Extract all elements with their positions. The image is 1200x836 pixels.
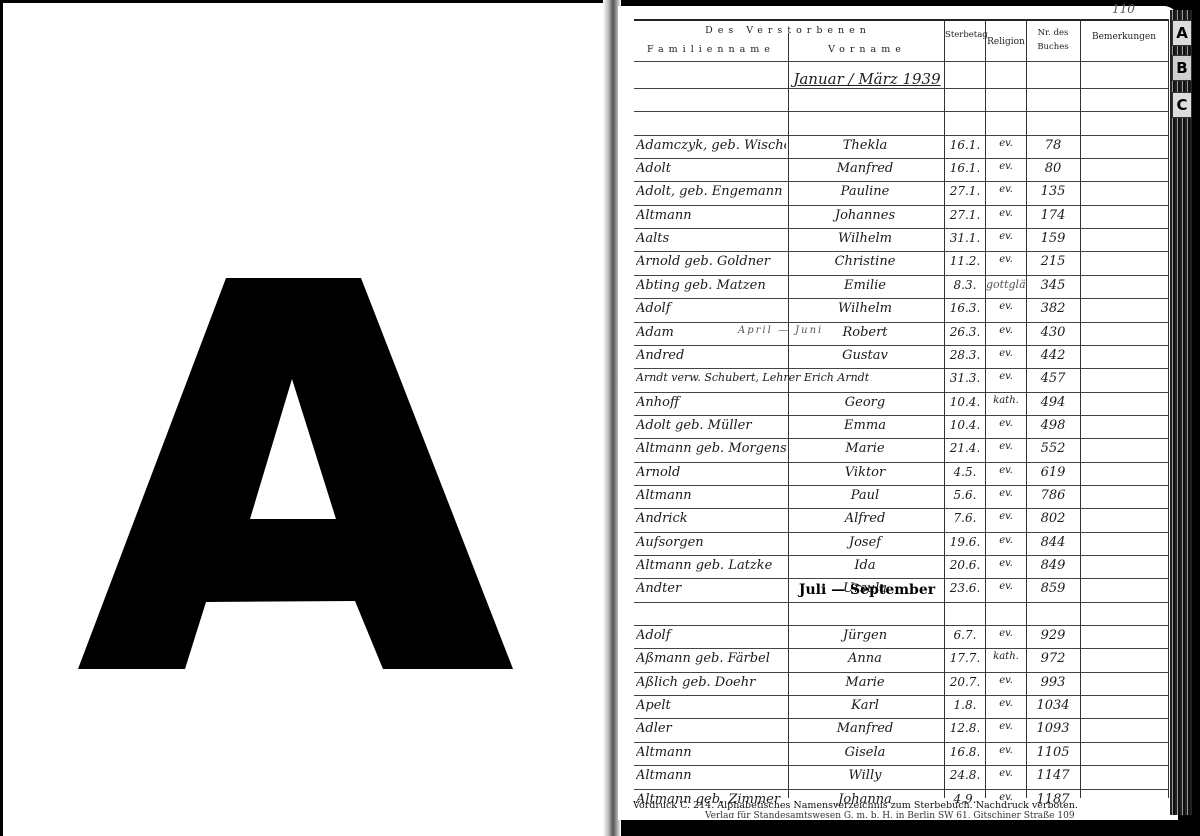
- cell-nr: 494: [1027, 395, 1079, 410]
- row-rule: [634, 251, 1168, 252]
- header-vorname: Vorname: [790, 44, 944, 55]
- cell-familienname: Andter: [636, 581, 786, 596]
- cell-nr: 786: [1027, 488, 1079, 503]
- cell-familienname: Altmann geb. Morgenstern: [636, 441, 786, 456]
- row-rule: [634, 625, 1168, 626]
- cell-familienname: Altmann: [636, 745, 786, 760]
- cell-sterbetag: 31.1.: [945, 231, 985, 245]
- cell-vorname: Marie: [790, 441, 940, 456]
- cell-religion: gottgläubig: [986, 278, 1026, 291]
- cell-familienname: Altmann: [636, 488, 786, 503]
- column-rule: [1168, 19, 1169, 798]
- cell-vorname: Emilie: [790, 278, 940, 293]
- cell-sterbetag: 27.1.: [945, 184, 985, 198]
- row-rule: [634, 765, 1168, 766]
- row-rule: [634, 602, 1168, 603]
- row-rule: [634, 508, 1168, 509]
- row-rule: [634, 392, 1168, 393]
- cell-sterbetag: 10.4.: [945, 395, 985, 409]
- cell-religion: ev.: [986, 418, 1026, 429]
- cell-familienname: Apelt: [636, 698, 786, 713]
- cell-sterbetag: 17.7.: [945, 651, 985, 665]
- cell-religion: ev.: [986, 138, 1026, 149]
- cell-nr: 552: [1027, 441, 1079, 456]
- cell-nr: 1034: [1027, 698, 1079, 713]
- cell-familienname: Adolt: [636, 161, 786, 176]
- cell-nr: 174: [1027, 208, 1079, 223]
- cell-sterbetag: 26.3.: [945, 325, 985, 339]
- cell-vorname: Willy: [790, 768, 940, 783]
- cell-familienname: Andred: [636, 348, 786, 363]
- cell-sterbetag: 10.4.: [945, 418, 985, 432]
- cell-vorname: Manfred: [790, 161, 940, 176]
- cell-nr: 215: [1027, 254, 1079, 269]
- row-rule: [634, 158, 1168, 159]
- cell-religion: kath.: [986, 651, 1026, 662]
- form-footer-publisher: Verlag für Standesamtswesen G. m. b. H. …: [705, 811, 1075, 818]
- cell-nr: 802: [1027, 511, 1079, 526]
- header-religion: Religion: [986, 37, 1026, 47]
- cell-sterbetag: 27.1.: [945, 208, 985, 222]
- cell-religion: ev.: [986, 301, 1026, 312]
- cell-religion: ev.: [986, 698, 1026, 709]
- cell-nr: 993: [1027, 675, 1079, 690]
- cell-vorname: Paul: [790, 488, 940, 503]
- row-rule: [634, 88, 1168, 89]
- row-rule: [634, 695, 1168, 696]
- header-nr-des-buches: Nr. des Buches: [1030, 26, 1076, 54]
- cell-religion: ev.: [986, 325, 1026, 336]
- cell-familienname: Altmann geb. Latzke: [636, 558, 786, 573]
- cell-vorname: Viktor: [790, 465, 940, 480]
- cell-religion: ev.: [986, 208, 1026, 219]
- cell-religion: ev.: [986, 511, 1026, 522]
- cell-vorname: Gisela: [790, 745, 940, 760]
- row-rule: [634, 672, 1168, 673]
- cell-familienname: Altmann: [636, 768, 786, 783]
- cell-religion: ev.: [986, 745, 1026, 756]
- cell-vorname: Josef: [790, 535, 940, 550]
- cell-religion: kath.: [986, 395, 1026, 406]
- cell-religion: ev.: [986, 768, 1026, 779]
- row-rule: [634, 578, 1168, 579]
- index-tab-b[interactable]: B: [1172, 55, 1192, 81]
- header-bemerkungen: Bemerkungen: [1082, 32, 1166, 42]
- cell-religion: ev.: [986, 231, 1026, 242]
- cell-religion: ev.: [986, 558, 1026, 569]
- row-rule: [634, 368, 1168, 369]
- row-rule: [634, 19, 1168, 21]
- index-letter-glyph: [3, 3, 603, 836]
- row-rule: [634, 789, 1168, 790]
- cell-nr: 382: [1027, 301, 1079, 316]
- cell-nr: 442: [1027, 348, 1079, 363]
- cell-sterbetag: 4.5.: [945, 465, 985, 479]
- cell-vorname: Jürgen: [790, 628, 940, 643]
- row-rule: [634, 415, 1168, 416]
- row-rule: [634, 718, 1168, 719]
- cell-familienname: Arnold geb. Goldner: [636, 254, 786, 269]
- cell-sterbetag: 28.3.: [945, 348, 985, 362]
- cell-sterbetag: 12.8.: [945, 721, 985, 735]
- cell-sterbetag: 16.3.: [945, 301, 985, 315]
- row-rule: [634, 462, 1168, 463]
- cell-vorname: Anna: [790, 651, 940, 666]
- header-sterbetag: Sterbetag: [945, 28, 983, 42]
- cell-familienname: Aßlich geb. Doehr: [636, 675, 786, 690]
- cell-familienname: Adolt geb. Müller: [636, 418, 786, 433]
- row-rule: [634, 322, 1168, 323]
- cell-sterbetag: 1.8.: [945, 698, 985, 712]
- quarter-label-q3: Juli — September: [790, 582, 944, 598]
- cell-sterbetag: 19.6.: [945, 535, 985, 549]
- cell-vorname: Manfred: [790, 721, 940, 736]
- cell-familienname: Aalts: [636, 231, 786, 246]
- row-rule: [634, 228, 1168, 229]
- index-tab-a[interactable]: A: [1172, 20, 1192, 46]
- cell-familienname: Adolt, geb. Engemann: [636, 184, 786, 199]
- row-rule: [634, 345, 1168, 346]
- cell-vorname: Karl: [790, 698, 940, 713]
- cell-religion: ev.: [986, 628, 1026, 639]
- cell-nr: 430: [1027, 325, 1079, 340]
- cell-nr: 1147: [1027, 768, 1079, 783]
- row-rule: [634, 485, 1168, 486]
- cell-vorname: Georg: [790, 395, 940, 410]
- row-rule: [634, 742, 1168, 743]
- cell-religion: ev.: [986, 441, 1026, 452]
- overlay-note-april-june: April — Juni: [738, 325, 823, 336]
- cell-religion: ev.: [986, 721, 1026, 732]
- cell-familienname: Anhoff: [636, 395, 786, 410]
- index-divider-page: [3, 3, 603, 836]
- cell-religion: ev.: [986, 465, 1026, 476]
- cell-sterbetag: 24.8.: [945, 768, 985, 782]
- cell-nr: 844: [1027, 535, 1079, 550]
- cell-sterbetag: 16.1.: [945, 161, 985, 175]
- row-rule: [634, 111, 1168, 112]
- cell-vorname: Alfred: [790, 511, 940, 526]
- cell-sterbetag: 16.1.: [945, 138, 985, 152]
- cell-religion: ev.: [986, 184, 1026, 195]
- cell-sterbetag: 5.6.: [945, 488, 985, 502]
- cell-sterbetag: 11.2.: [945, 254, 985, 268]
- cell-sterbetag: 6.7.: [945, 628, 985, 642]
- cell-familienname: Adolf: [636, 301, 786, 316]
- cell-familienname: Abting geb. Matzen: [636, 278, 786, 293]
- cell-familienname: Adamczyk, geb. Wischolski: [636, 138, 786, 153]
- cell-nr: 78: [1027, 138, 1079, 153]
- row-rule: [634, 648, 1168, 649]
- cell-sterbetag: 16.8.: [945, 745, 985, 759]
- cell-vorname: Wilhelm: [790, 301, 940, 316]
- cell-sterbetag: 8.3.: [945, 278, 985, 292]
- cell-sterbetag: 20.6.: [945, 558, 985, 572]
- cell-religion: ev.: [986, 161, 1026, 172]
- cell-religion: ev.: [986, 371, 1026, 382]
- cell-familienname: Arndt verw. Schubert, Lehrer Erich Arndt: [636, 371, 936, 384]
- header-familienname: Familienname: [636, 44, 786, 55]
- left-edge: [0, 0, 2, 836]
- cell-familienname: Andrick: [636, 511, 786, 526]
- row-rule: [634, 275, 1168, 276]
- cell-religion: ev.: [986, 581, 1026, 592]
- cell-sterbetag: 20.7.: [945, 675, 985, 689]
- cell-nr: 135: [1027, 184, 1079, 199]
- page-number: 110: [1112, 2, 1135, 16]
- cell-vorname: Thekla: [790, 138, 940, 153]
- row-rule: [634, 438, 1168, 439]
- column-rule: [1080, 19, 1081, 798]
- cell-vorname: Wilhelm: [790, 231, 940, 246]
- cell-religion: ev.: [986, 675, 1026, 686]
- cell-religion: ev.: [986, 254, 1026, 265]
- cell-nr: 159: [1027, 231, 1079, 246]
- cell-nr: 1105: [1027, 745, 1079, 760]
- form-footer: Vordruck C. 214. Alphabetisches Namensve…: [633, 800, 1078, 811]
- cell-familienname: Adler: [636, 721, 786, 736]
- cell-religion: ev.: [986, 488, 1026, 499]
- cell-nr: 457: [1027, 371, 1079, 386]
- cell-sterbetag: 31.3.: [945, 371, 985, 385]
- row-rule: [634, 61, 1168, 62]
- row-rule: [634, 532, 1168, 533]
- cell-sterbetag: 21.4.: [945, 441, 985, 455]
- cell-familienname: Altmann: [636, 208, 786, 223]
- row-rule: [634, 555, 1168, 556]
- cell-vorname: Ida: [790, 558, 940, 573]
- cell-vorname: Marie: [790, 675, 940, 690]
- cell-religion: ev.: [986, 348, 1026, 359]
- quarter-label-q1: Januar / März 1939: [790, 70, 944, 88]
- row-rule: [634, 298, 1168, 299]
- cell-nr: 345: [1027, 278, 1079, 293]
- cell-religion: ev.: [986, 535, 1026, 546]
- cell-nr: 972: [1027, 651, 1079, 666]
- cell-familienname: Aßmann geb. Färbel: [636, 651, 786, 666]
- cell-familienname: Aufsorgen: [636, 535, 786, 550]
- cell-vorname: Christine: [790, 254, 940, 269]
- cell-nr: 80: [1027, 161, 1079, 176]
- index-tab-strip: [1170, 10, 1192, 815]
- cell-nr: 498: [1027, 418, 1079, 433]
- cell-familienname: Arnold: [636, 465, 786, 480]
- cell-nr: 1093: [1027, 721, 1079, 736]
- row-rule: [634, 135, 1168, 136]
- column-rule: [788, 33, 789, 798]
- cell-vorname: Emma: [790, 418, 940, 433]
- cell-nr: 619: [1027, 465, 1079, 480]
- cell-vorname: Gustav: [790, 348, 940, 363]
- cell-vorname: Johannes: [790, 208, 940, 223]
- cell-sterbetag: 7.6.: [945, 511, 985, 525]
- cell-sterbetag: 23.6.: [945, 581, 985, 595]
- index-tab-c[interactable]: C: [1172, 92, 1192, 118]
- row-rule: [634, 181, 1168, 182]
- cell-familienname: Adolf: [636, 628, 786, 643]
- cell-vorname: Pauline: [790, 184, 940, 199]
- cell-nr: 849: [1027, 558, 1079, 573]
- cell-nr: 859: [1027, 581, 1079, 596]
- cell-nr: 929: [1027, 628, 1079, 643]
- row-rule: [634, 205, 1168, 206]
